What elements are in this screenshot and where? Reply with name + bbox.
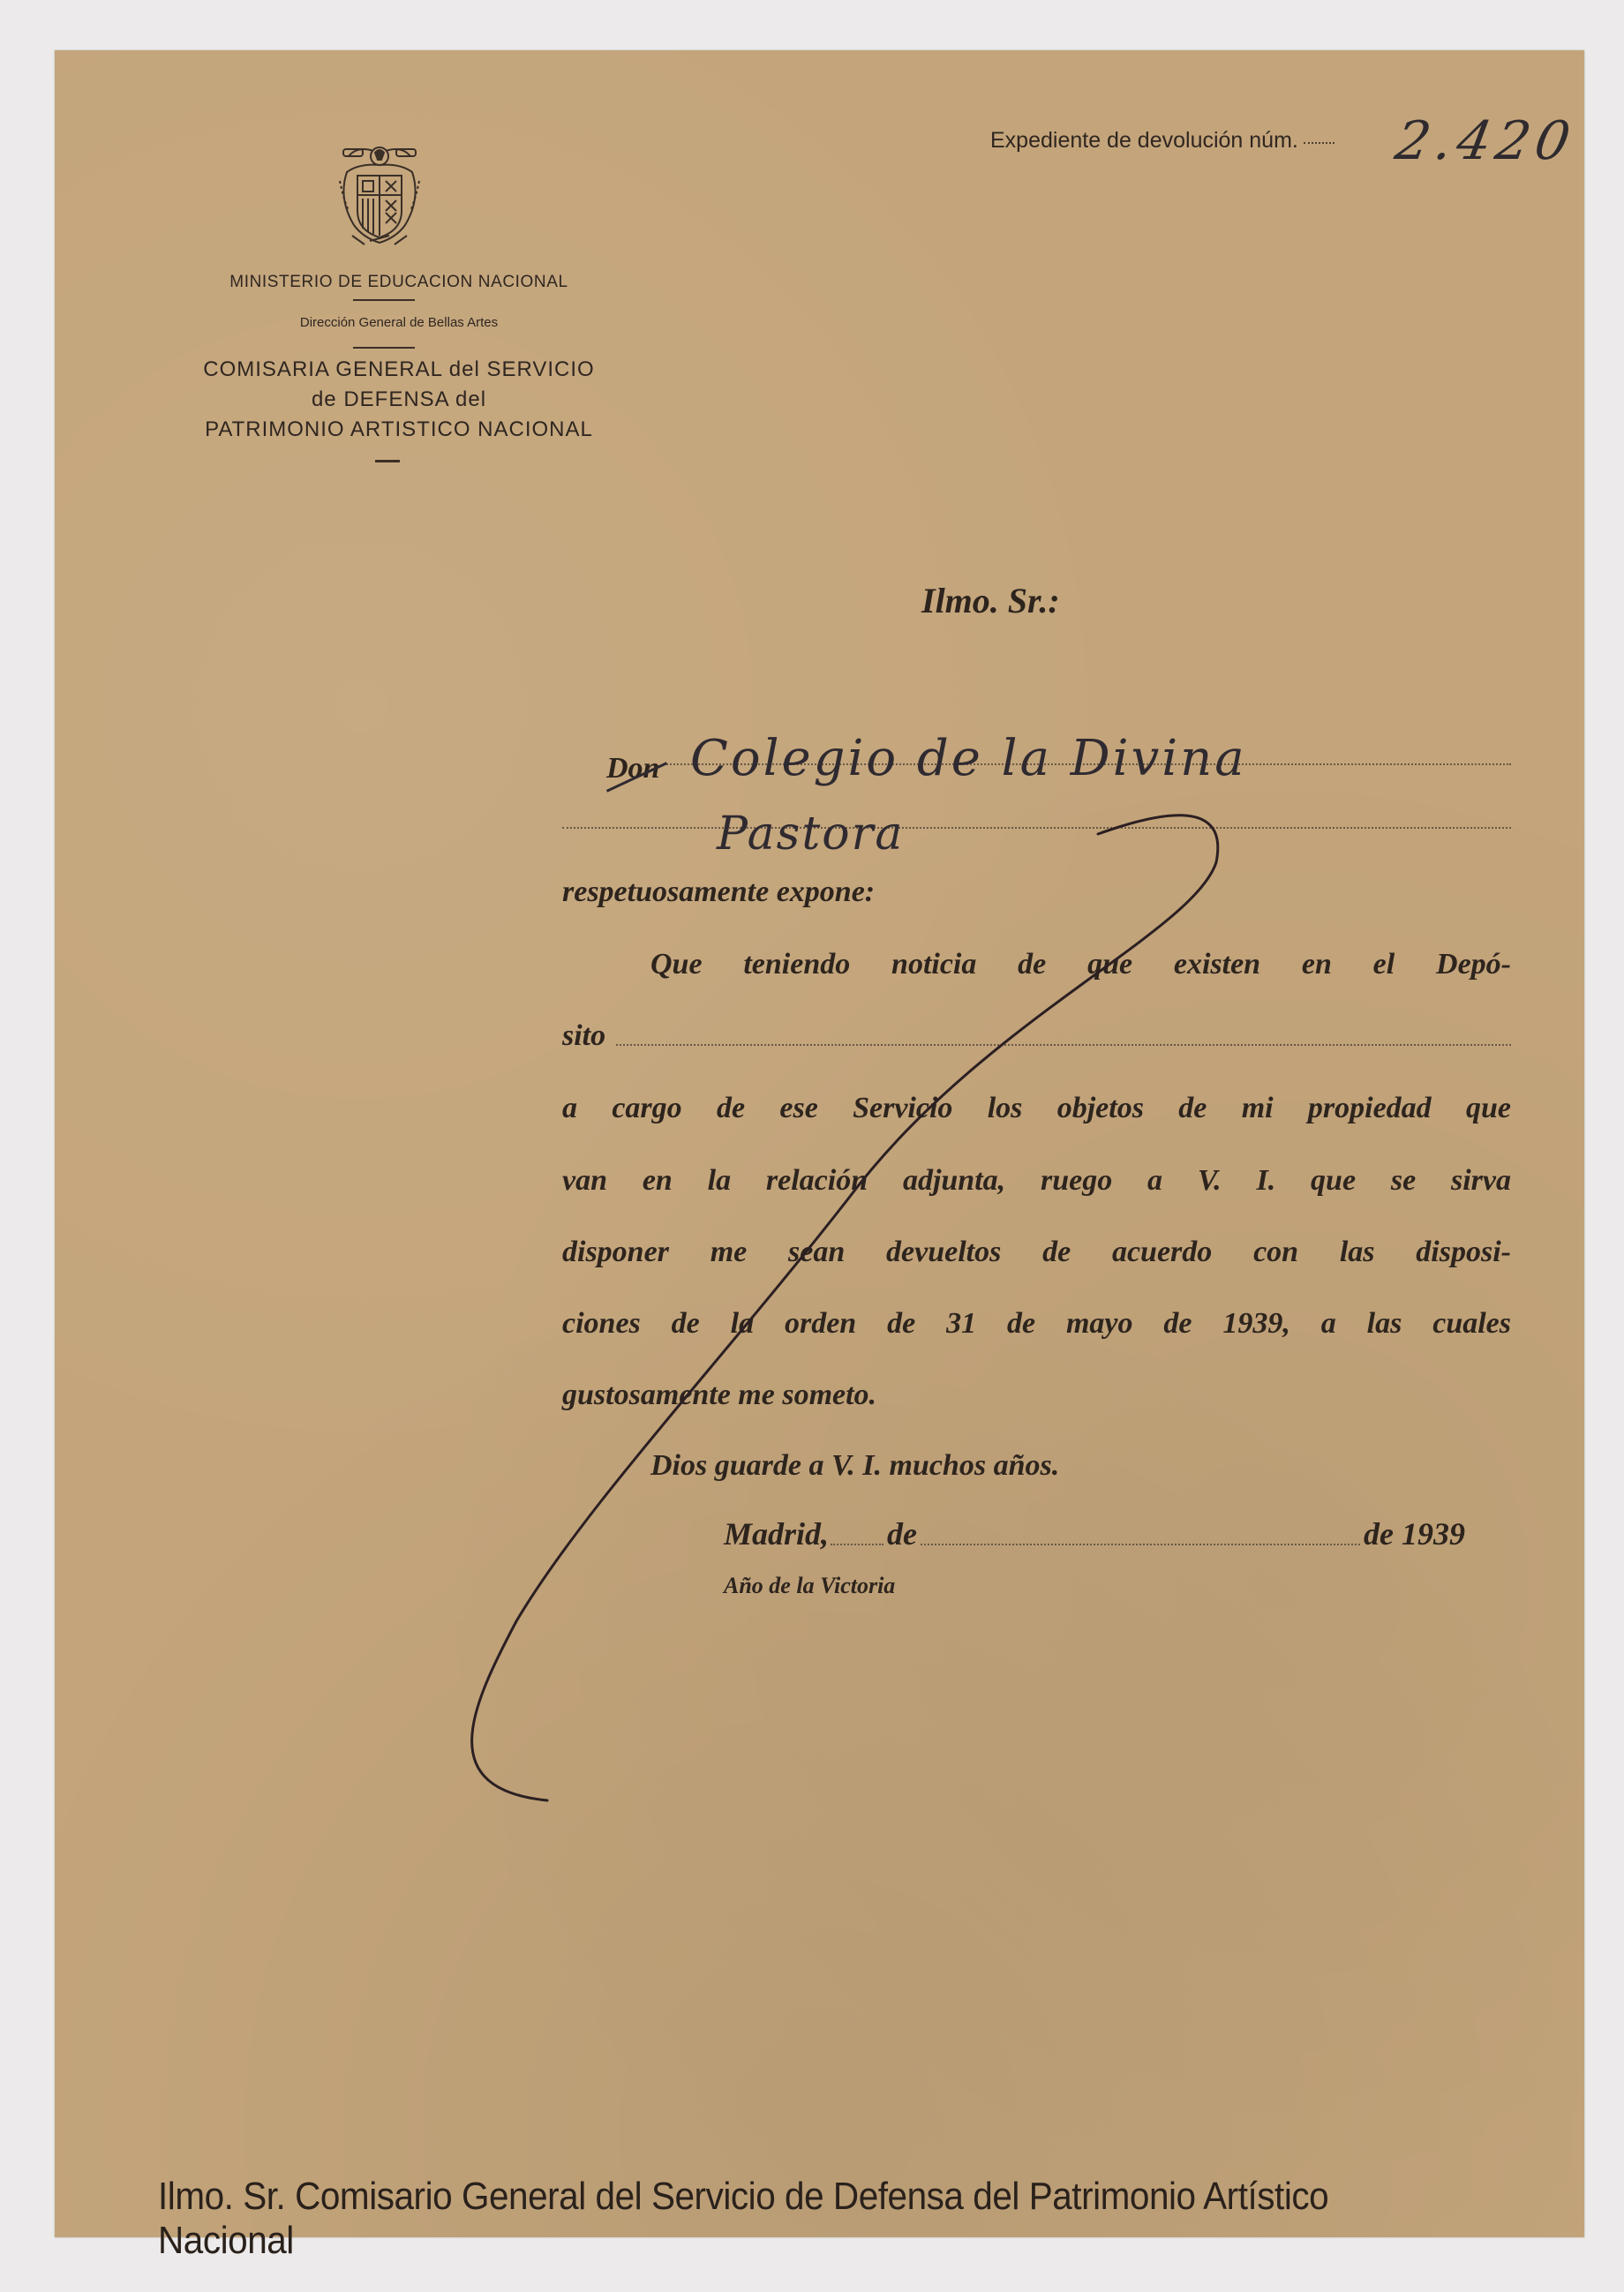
body-line: a cargo de ese Servicio los objetos de m… [562, 1092, 1511, 1125]
day-fill-line [831, 1544, 883, 1545]
ministry-name: MINISTERIO DE EDUCACION NACIONAL [161, 273, 637, 292]
body-line: Que teniendo noticia de que existen en e… [650, 948, 1511, 981]
body-line: disponer me sean devueltos de acuerdo co… [562, 1236, 1511, 1269]
dateline: Madrid, de de 1939 [724, 1515, 1465, 1552]
body-line: gustosamente me someto. [562, 1379, 1511, 1412]
directorate-name: Dirección General de Bellas Artes [161, 315, 637, 330]
file-number-handwritten: 2.420 [1391, 110, 1580, 172]
divider [353, 347, 415, 349]
divider [353, 299, 415, 301]
document-page: MINISTERIO DE EDUCACION NACIONAL Direcci… [55, 50, 1584, 2237]
divider [375, 460, 400, 462]
body-line: ciones de la orden de 31 de mayo de 1939… [562, 1307, 1511, 1341]
body-line-deposit: sito [562, 1019, 1511, 1053]
closing: Dios guarde a V. I. muchos años. [650, 1449, 1599, 1483]
commission-name: COMISARIA GENERAL del SERVICIO de DEFENS… [161, 355, 637, 445]
applicant-name-line1: Colegio de la Divina [690, 730, 1247, 787]
motto: Año de la Victoria [724, 1573, 895, 1599]
file-number-label: Expediente de devolución núm. [990, 128, 1335, 154]
salutation: Ilmo. Sr.: [921, 580, 1060, 621]
month-fill-line [921, 1544, 1360, 1545]
addressee-footer: Ilmo. Sr. Comisario General del Servicio… [158, 2175, 1392, 2263]
fill-line [562, 827, 1511, 829]
fill-line [616, 1044, 1511, 1046]
body-intro: respetuosamente expone: [562, 875, 1511, 909]
applicant-name-line2: Pastora [717, 808, 904, 860]
coat-of-arms-icon [331, 137, 428, 250]
body-line: van en la relación adjunta, ruego a V. I… [562, 1164, 1511, 1198]
